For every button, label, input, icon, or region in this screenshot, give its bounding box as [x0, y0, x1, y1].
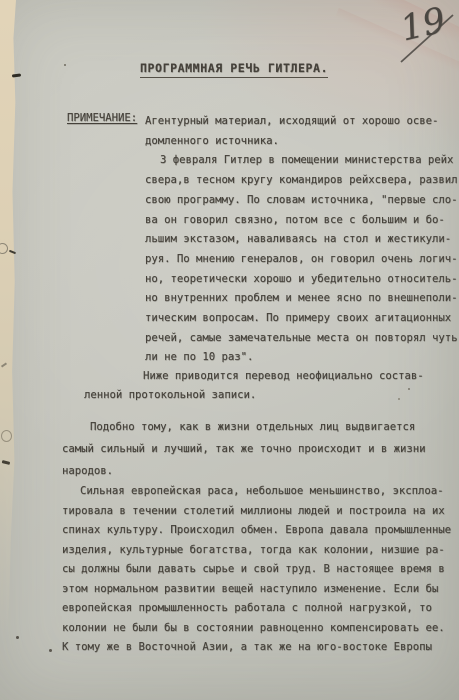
text-line: колонии не были бы в состоянии равноценн…: [62, 619, 454, 639]
text-line: но, теоретически хорошо и убедительно от…: [145, 270, 451, 290]
text-line: речей, самые замечательные места он повт…: [145, 329, 451, 349]
text-line: 3 февраля Гитлер в помещении министерств…: [145, 151, 451, 171]
note-block: Агентурный материал, исходящий от хорошо…: [145, 112, 451, 368]
text-line: ленной протокольной записи.: [84, 386, 454, 405]
ink-speck: [49, 649, 52, 652]
text-line: но внутренних проблем и менее ясно по вн…: [145, 289, 451, 309]
text-line: европейская промышленность работала с по…: [62, 599, 454, 619]
text-line: свера,в тесном кругу командиров рейхсвер…: [145, 171, 451, 191]
text-line: руя. По мнению генералов, он говорил оче…: [145, 250, 451, 270]
body-paragraph-2: Сильная европейская раса, небольшое мень…: [62, 482, 454, 658]
text-line: Ниже приводится перевод неофициально сос…: [84, 367, 454, 386]
page-number-slash: [394, 10, 458, 66]
note-paragraph-source: Агентурный материал, исходящий от хорошо…: [145, 112, 451, 151]
text-line: домленного источника.: [145, 132, 451, 152]
document-body: Подобно тому, как в жизни отдельных лиц …: [62, 416, 454, 658]
body-paragraph-1: Подобно тому, как в жизни отдельных лиц …: [62, 416, 454, 482]
document-title: ПРОГРАММНАЯ РЕЧЬ ГИТЛЕРА.: [140, 61, 328, 78]
ink-speck: [16, 636, 19, 639]
note-closing-paragraph: Ниже приводится перевод неофициально сос…: [84, 367, 454, 405]
text-line: сы должны были давать сырье и свой труд.…: [62, 560, 454, 580]
text-line: Подобно тому, как в жизни отдельных лиц …: [62, 416, 454, 438]
scanned-document-page: 19 ПРОГРАММНАЯ РЕЧЬ ГИТЛЕРА. ПРИМЕЧАНИЕ:…: [0, 0, 459, 700]
text-line: народов.: [62, 460, 454, 482]
text-line: изделия, культурные богатства, тогда как…: [62, 541, 454, 561]
text-line: этом нормальном развитии вещей наступило…: [62, 580, 454, 600]
text-line: тировала в течении столетий миллионы люд…: [62, 502, 454, 522]
note-paragraph-description: 3 февраля Гитлер в помещении министерств…: [145, 151, 451, 368]
text-line: Агентурный материал, исходящий от хорошо…: [145, 112, 451, 132]
note-label: ПРИМЕЧАНИЕ:: [67, 112, 137, 124]
text-line: К тому же в Восточной Азии, а так же на …: [62, 638, 454, 658]
text-line: ли не по 10 раз".: [145, 348, 451, 368]
text-line: Сильная европейская раса, небольшое мень…: [62, 482, 454, 502]
text-line: ва он говорил связно, потом все с больши…: [145, 211, 451, 231]
text-line: льшим экстазом, наваливаясь на стол и же…: [145, 230, 451, 250]
binding-edge: [0, 0, 16, 640]
text-line: спинах культуру. Происходил обмен. Европ…: [62, 521, 454, 541]
ink-speck: [64, 64, 66, 66]
text-line: свою программу. По словам источника, "пе…: [145, 191, 451, 211]
text-line: самый сильный и лучший, так же точно про…: [62, 438, 454, 460]
text-line: тическим вопросам. По примеру своих агит…: [145, 309, 451, 329]
